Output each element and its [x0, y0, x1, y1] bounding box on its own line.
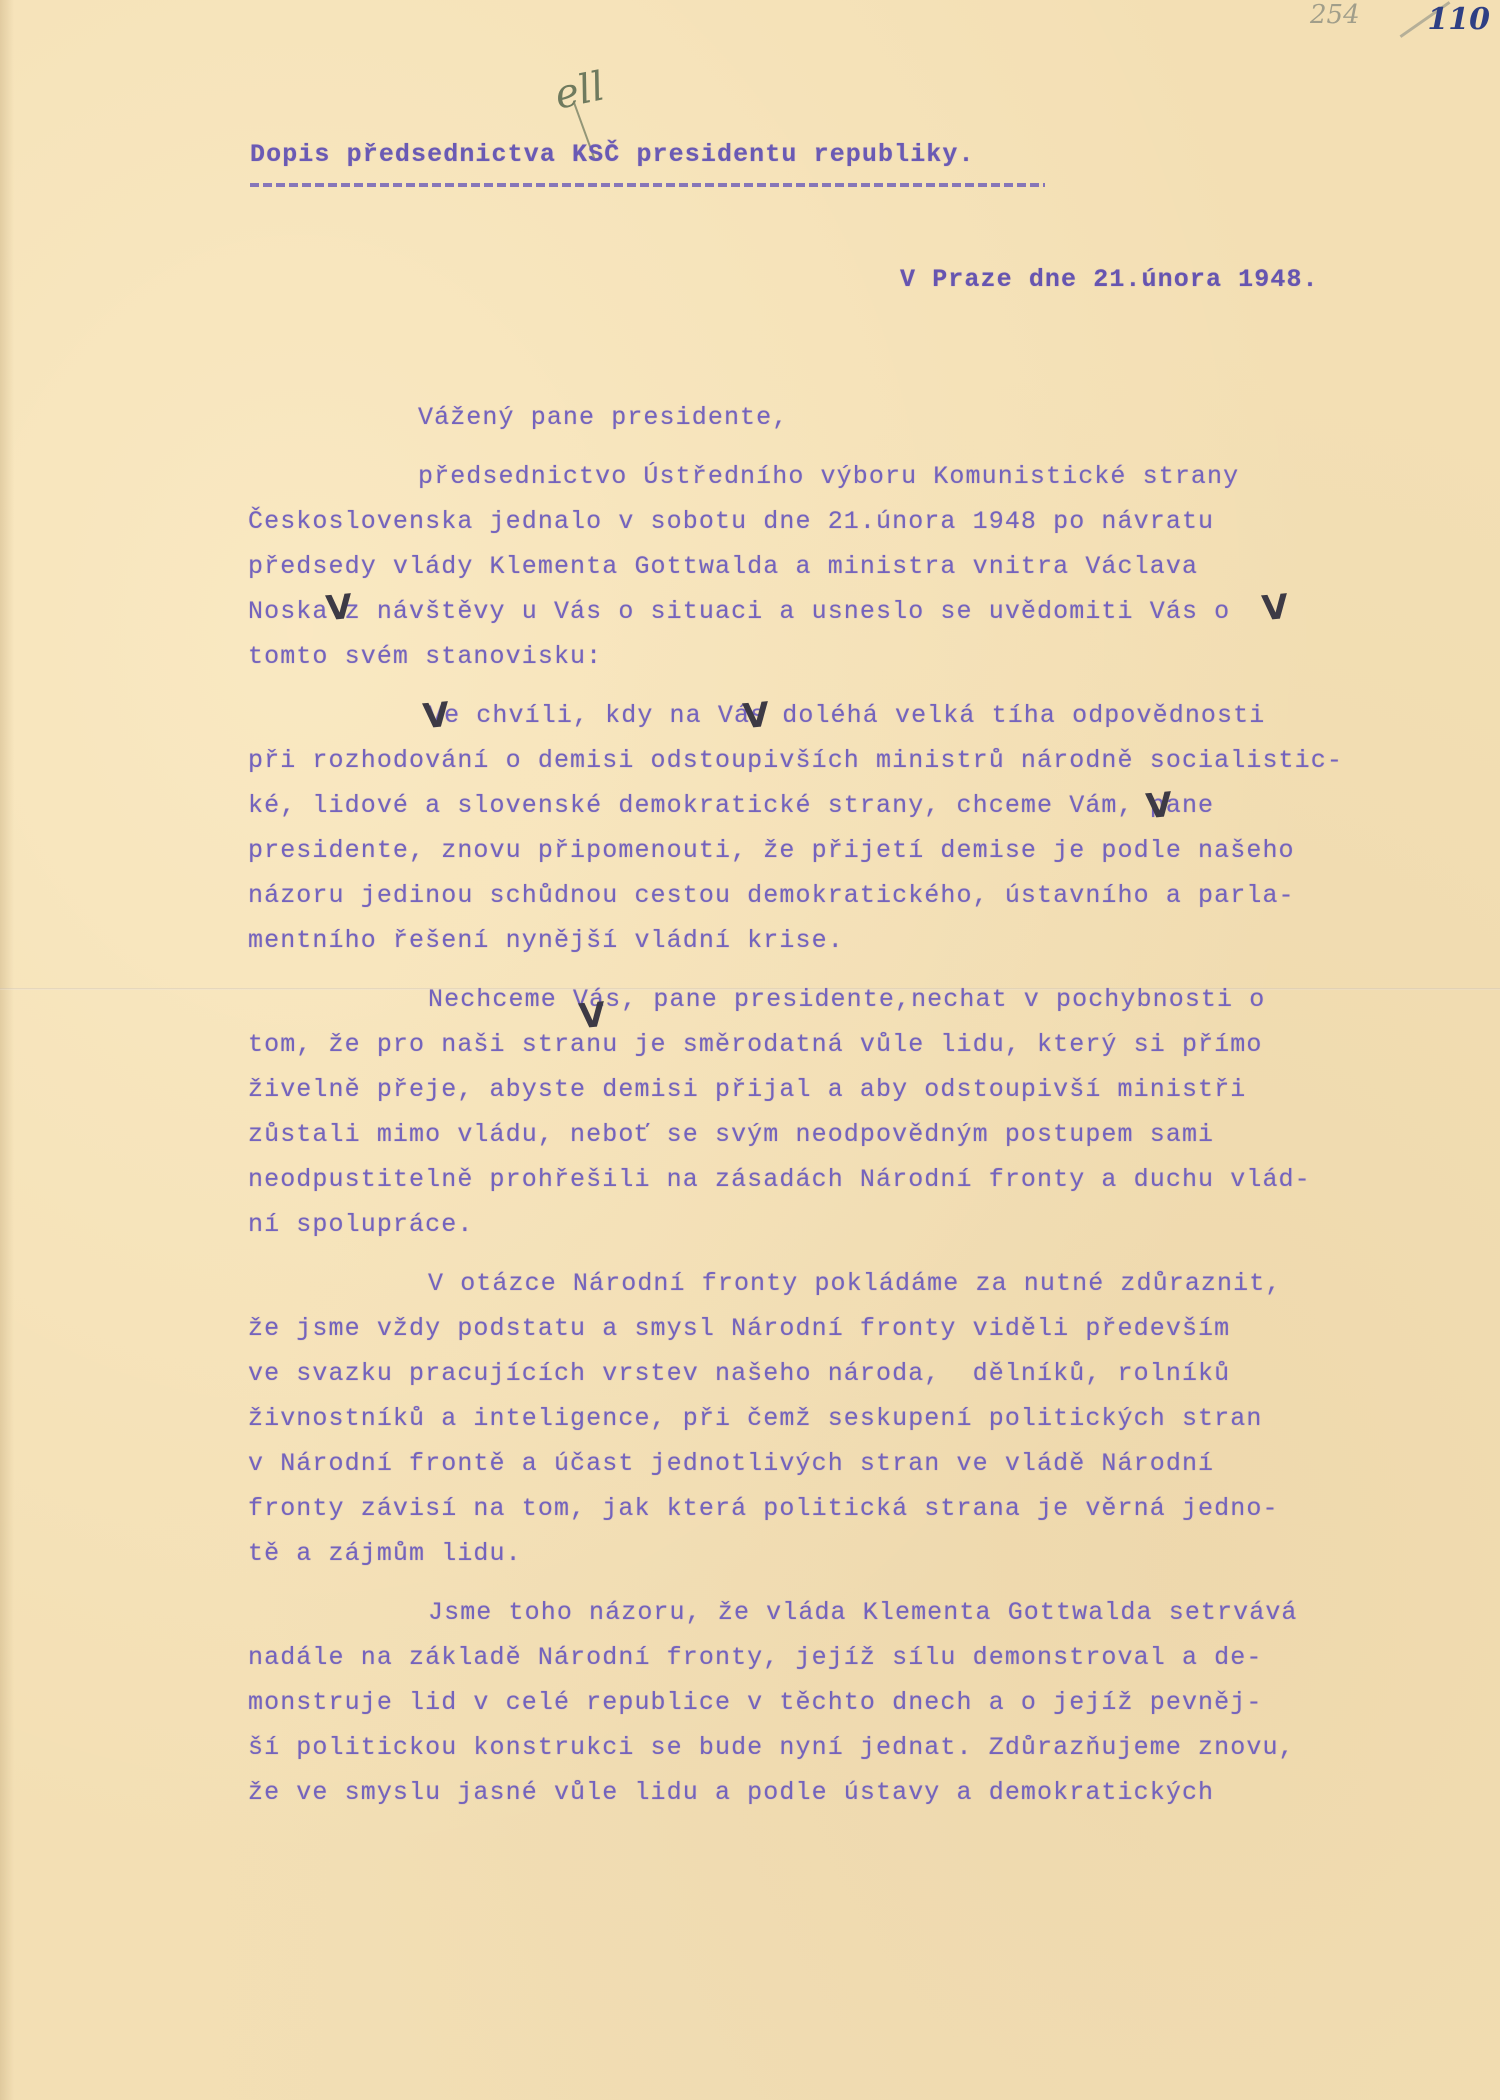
text-line: že ve smyslu jasné vůle lidu a podle úst…	[248, 1770, 1448, 1815]
check-mark-icon: V	[1260, 587, 1290, 629]
text-line: presidente, znovu připomenouti, že přije…	[248, 828, 1448, 873]
text-line: mentního řešení nynější vládní krise.	[248, 918, 1448, 963]
pencil-annotation: ell	[551, 63, 609, 118]
paragraph-1: předsednictvo Ústředního výboru Komunist…	[248, 454, 1448, 679]
text-line: živnostníků a inteligence, při čemž sesk…	[248, 1396, 1448, 1441]
title-underline	[250, 183, 1045, 187]
archive-number: 254	[1310, 0, 1360, 30]
check-mark-icon: V	[741, 695, 771, 737]
check-mark-icon: V	[1144, 785, 1174, 827]
text-line: živelně přeje, abyste demisi přijal a ab…	[248, 1067, 1448, 1112]
paragraph-5: Jsme toho názoru, že vláda Klementa Gott…	[248, 1590, 1448, 1815]
text-line: Nechceme Vás, pane presidente,nechat v p…	[248, 977, 1448, 1022]
check-mark-icon: V	[421, 695, 451, 737]
text-line: předsednictvo Ústředního výboru Komunist…	[248, 454, 1448, 499]
text-line: ké, lidové a slovenské demokratické stra…	[248, 783, 1448, 828]
salutation: Vážený pane presidente,	[248, 395, 1448, 440]
date-line: V Praze dne 21.února 1948.	[900, 265, 1319, 294]
text-line: nadále na základě Národní fronty, jejíž …	[248, 1635, 1448, 1680]
check-mark-icon: V	[324, 587, 354, 629]
text-line: při rozhodování o demisi odstoupivších m…	[248, 738, 1448, 783]
text-line: fronty závisí na tom, jak která politick…	[248, 1486, 1448, 1531]
text-line: tomto svém stanovisku:	[248, 634, 1448, 679]
text-line: ve svazku pracujících vrstev našeho náro…	[248, 1351, 1448, 1396]
text-line: ní spolupráce.	[248, 1202, 1448, 1247]
text-line: předsedy vlády Klementa Gottwalda a mini…	[248, 544, 1448, 589]
text-line: tom, že pro naši stranu je směrodatná vů…	[248, 1022, 1448, 1067]
paragraph-3: Nechceme Vás, pane presidente,nechat v p…	[248, 977, 1448, 1247]
check-mark-icon: V	[577, 995, 607, 1037]
text-line: Jsme toho názoru, že vláda Klementa Gott…	[248, 1590, 1448, 1635]
text-line: ší politickou konstrukci se bude nyní je…	[248, 1725, 1448, 1770]
text-line: v Národní frontě a účast jednotlivých st…	[248, 1441, 1448, 1486]
document-title: Dopis předsednictva KSČ presidentu repub…	[250, 140, 975, 169]
text-line: názoru jedinou schůdnou cestou demokrati…	[248, 873, 1448, 918]
paper-edge	[0, 0, 14, 2100]
text-line: monstruje lid v celé republice v těchto …	[248, 1680, 1448, 1725]
text-line: Československa jednalo v sobotu dne 21.ú…	[248, 499, 1448, 544]
text-line: tě a zájmům lidu.	[248, 1531, 1448, 1576]
text-line: zůstali mimo vládu, neboť se svým neodpo…	[248, 1112, 1448, 1157]
text-line: že jsme vždy podstatu a smysl Národní fr…	[248, 1306, 1448, 1351]
text-line: V otázce Národní fronty pokládáme za nut…	[248, 1261, 1448, 1306]
page-number: 110	[1427, 2, 1490, 37]
paragraph-4: V otázce Národní fronty pokládáme za nut…	[248, 1261, 1448, 1576]
text-line: neodpustitelně prohřešili na zásadách Ná…	[248, 1157, 1448, 1202]
